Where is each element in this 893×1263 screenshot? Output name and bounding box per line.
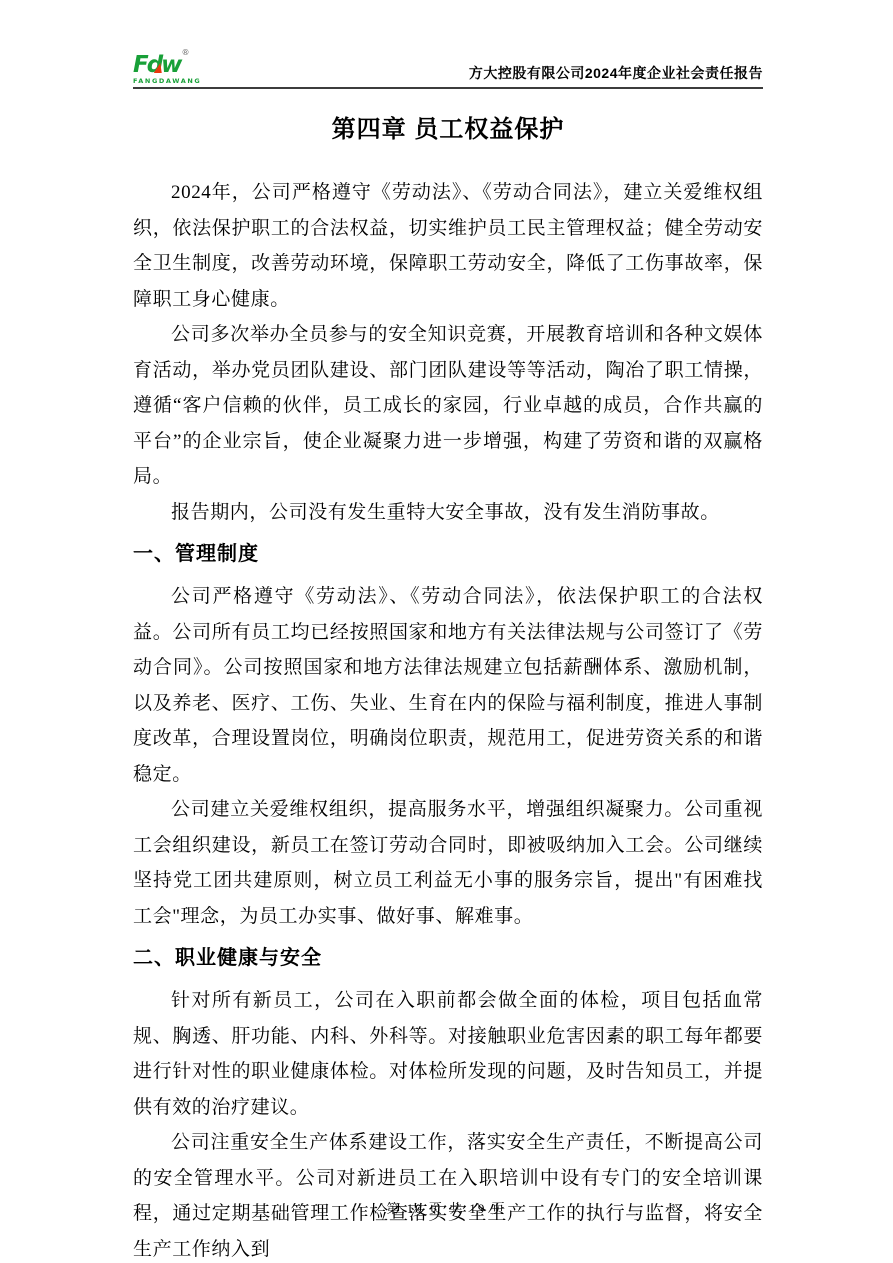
logo-mark-wrap: Fdw ® — [133, 54, 180, 77]
document-page: Fdw ® FANGDAWANG 方大控股有限公司2024年度企业社会责任报告 … — [0, 0, 893, 1263]
company-logo: Fdw ® FANGDAWANG — [133, 54, 201, 85]
section2-paragraph-1: 针对所有新员工，公司在入职前都会做全面的体检，项目包括血常规、胸透、肝功能、内科… — [133, 983, 763, 1125]
intro-paragraph-2: 公司多次举办全员参与的安全知识竞赛，开展教育培训和各种文娱体育活动，举办党员团队… — [133, 317, 763, 495]
report-header-title: 方大控股有限公司2024年度企业社会责任报告 — [469, 63, 763, 84]
registered-trademark-icon: ® — [181, 49, 189, 57]
page-number: 第 10 页 共 19 页 — [0, 1198, 893, 1217]
chapter-body: 2024年，公司严格遵守《劳动法》、《劳动合同法》，建立关爱维权组织，依法保护职… — [133, 175, 763, 1263]
intro-paragraph-3: 报告期内，公司没有发生重特大安全事故，没有发生消防事故。 — [133, 495, 763, 531]
page-header: Fdw ® FANGDAWANG 方大控股有限公司2024年度企业社会责任报告 — [133, 48, 763, 89]
intro-paragraph-1: 2024年，公司严格遵守《劳动法》、《劳动合同法》，建立关爱维权组织，依法保护职… — [133, 175, 763, 317]
section1-paragraph-1: 公司严格遵守《劳动法》、《劳动合同法》，依法保护职工的合法权益。公司所有员工均已… — [133, 579, 763, 792]
section-heading-occupational-health-safety: 二、职业健康与安全 — [133, 943, 763, 973]
section1-paragraph-2: 公司建立关爱维权组织，提高服务水平，增强组织凝聚力。公司重视工会组织建设，新员工… — [133, 792, 763, 934]
section-heading-management-system: 一、管理制度 — [133, 539, 763, 569]
section2-paragraph-2: 公司注重安全生产体系建设工作，落实安全生产责任，不断提高公司的安全管理水平。公司… — [133, 1125, 763, 1263]
chapter-title: 第四章 员工权益保护 — [133, 113, 763, 147]
logo-subtext: FANGDAWANG — [133, 78, 201, 85]
